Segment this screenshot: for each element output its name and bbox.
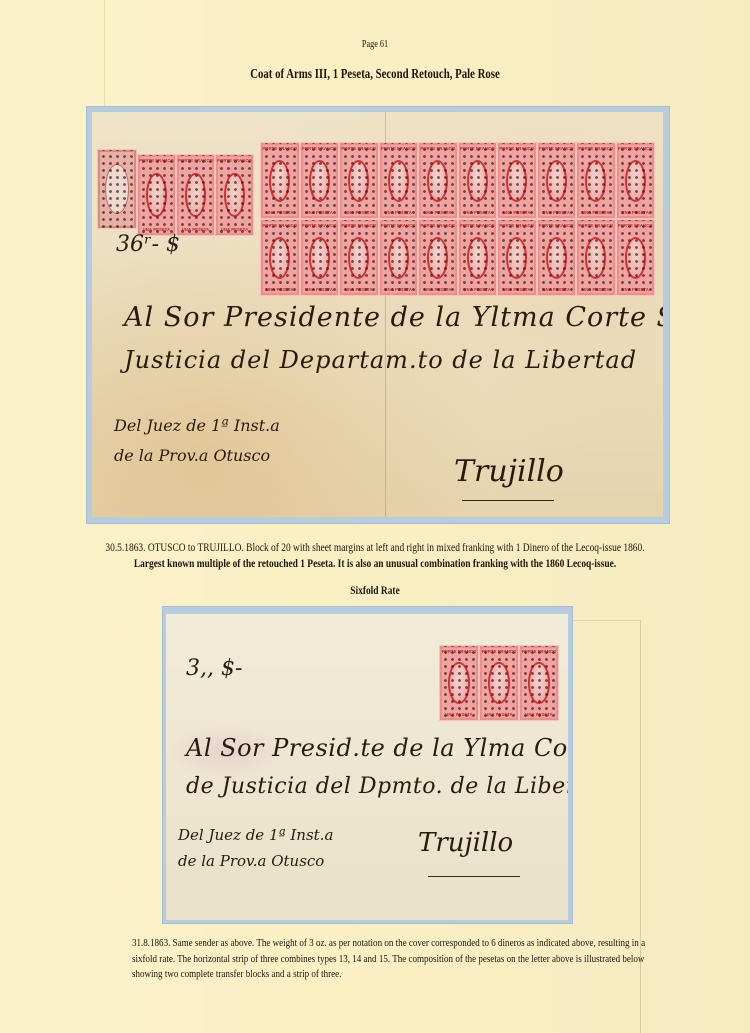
address-line-1: Al Sor Presidente de la Yltma Corte Supr…	[124, 302, 663, 333]
peseta-stamp: PORTE FRANCOUNA PESETA	[215, 154, 254, 236]
peseta-stamp: PORTE FRANCOUNA PESETA	[379, 142, 419, 219]
peseta-stamp: PORTE FRANCOUNA PESETA	[439, 645, 479, 721]
cover1-caption: 30.5.1863. OTUSCO to TRUJILLO. Block of …	[68, 542, 683, 554]
peseta-stamp: PORTE FRANCOUNA PESETA	[497, 219, 537, 296]
peseta-stamp: PORTE FRANCOUNA PESETA	[479, 645, 519, 721]
sender-line-2: de la Prov.a Otusco	[178, 852, 324, 870]
dotted-cancel	[440, 646, 478, 720]
dotted-cancel	[261, 143, 299, 218]
stamp-block-of-20: PORTE FRANCOUNA PESETAPORTE FRANCOUNA PE…	[260, 142, 655, 296]
cover1-caption-highlight: Largest known multiple of the retouched …	[68, 558, 683, 570]
peseta-stamp: PORTE FRANCOUNA PESETA	[497, 142, 537, 219]
dotted-cancel	[498, 143, 536, 218]
dotted-cancel	[520, 646, 558, 720]
peseta-stamp: PORTE FRANCOUNA PESETA	[576, 142, 616, 219]
dotted-cancel	[380, 143, 418, 218]
peseta-stamp: PORTE FRANCOUNA PESETA	[616, 142, 656, 219]
sender-line-2: de la Prov.a Otusco	[114, 446, 270, 465]
destination-underline	[428, 876, 520, 877]
caption-line: 31.8.1863. Same sender as above. The wei…	[132, 936, 750, 952]
dotted-cancel	[538, 143, 576, 218]
dotted-cancel	[98, 150, 136, 228]
peseta-stamp: PORTE FRANCOUNA PESETA	[339, 219, 379, 296]
caption-line: showing two complete transfer blocks and…	[132, 967, 750, 983]
peseta-stamp: PORTE FRANCOUNA PESETA	[418, 219, 458, 296]
dotted-cancel	[480, 646, 518, 720]
dotted-cancel	[419, 143, 457, 218]
peseta-stamp: PORTE FRANCOUNA PESETA	[260, 142, 300, 219]
peseta-stamp: PORTE FRANCOUNA PESETA	[418, 142, 458, 219]
dotted-cancel	[301, 220, 339, 295]
lecoq-stamp	[97, 149, 137, 229]
destination-underline	[462, 500, 554, 501]
page-title: Coat of Arms III, 1 Peseta, Second Retou…	[75, 66, 675, 82]
peseta-stamp: PORTE FRANCOUNA PESETA	[339, 142, 379, 219]
peseta-stamp: PORTE FRANCOUNA PESETA	[458, 142, 498, 219]
peseta-stamp: PORTE FRANCOUNA PESETA	[137, 154, 176, 236]
rate-notation: 36ʳ- $	[116, 232, 180, 257]
stamp-strip-of-3: PORTE FRANCOUNA PESETAPORTE FRANCOUNA PE…	[137, 154, 254, 236]
peseta-stamp: PORTE FRANCOUNA PESETA	[300, 142, 340, 219]
sender-line-1: Del Juez de 1ª Inst.a	[114, 416, 280, 435]
rate-notation: 3,, $-	[186, 656, 242, 681]
dotted-cancel	[617, 220, 655, 295]
destination: Trujillo	[454, 454, 564, 489]
peseta-stamp: PORTE FRANCOUNA PESETA	[260, 219, 300, 296]
peseta-stamp: PORTE FRANCOUNA PESETA	[576, 219, 616, 296]
peseta-stamp: PORTE FRANCOUNA PESETA	[537, 142, 577, 219]
sender-line-1: Del Juez de 1ª Inst.a	[178, 826, 333, 844]
dotted-cancel	[459, 143, 497, 218]
destination: Trujillo	[418, 828, 513, 858]
peseta-stamp: PORTE FRANCOUNA PESETA	[616, 219, 656, 296]
cover2-image: PORTE FRANCOUNA PESETAPORTE FRANCOUNA PE…	[166, 614, 568, 920]
caption-line: sixfold rate. The horizontal strip of th…	[132, 952, 750, 968]
dotted-cancel	[177, 155, 214, 235]
peseta-stamp: PORTE FRANCOUNA PESETA	[300, 219, 340, 296]
dotted-cancel	[380, 220, 418, 295]
dotted-cancel	[138, 155, 175, 235]
dotted-cancel	[577, 143, 615, 218]
dotted-cancel	[538, 220, 576, 295]
peseta-stamp: PORTE FRANCOUNA PESETA	[379, 219, 419, 296]
dotted-cancel	[577, 220, 615, 295]
peseta-stamp: PORTE FRANCOUNA PESETA	[176, 154, 215, 236]
cover1-image: PORTE FRANCOUNA PESETAPORTE FRANCOUNA PE…	[92, 112, 663, 517]
dotted-cancel	[419, 220, 457, 295]
lecoq-stamp	[97, 149, 137, 229]
cover2-caption: 31.8.1863. Same sender as above. The wei…	[132, 936, 750, 983]
address-line-2: Justicia del Departam.to de la Libertad	[124, 346, 637, 374]
address-line-2: de Justicia del Dpmto. de la Libertad	[186, 774, 568, 799]
dotted-cancel	[459, 220, 497, 295]
dotted-cancel	[261, 220, 299, 295]
peseta-stamp: PORTE FRANCOUNA PESETA	[458, 219, 498, 296]
dotted-cancel	[216, 155, 253, 235]
dotted-cancel	[301, 143, 339, 218]
page-number: Page 61	[68, 39, 683, 50]
dotted-cancel	[340, 143, 378, 218]
dotted-cancel	[340, 220, 378, 295]
dotted-cancel	[617, 143, 655, 218]
section-heading: Sixfold Rate	[68, 585, 683, 597]
dotted-cancel	[498, 220, 536, 295]
peseta-stamp: PORTE FRANCOUNA PESETA	[519, 645, 559, 721]
page-crease	[104, 0, 105, 110]
stamp-strip-of-3: PORTE FRANCOUNA PESETAPORTE FRANCOUNA PE…	[439, 645, 559, 721]
address-line-1: Al Sor Presid.te de la Ylma Corte Sup.a	[186, 734, 568, 762]
peseta-stamp: PORTE FRANCOUNA PESETA	[537, 219, 577, 296]
